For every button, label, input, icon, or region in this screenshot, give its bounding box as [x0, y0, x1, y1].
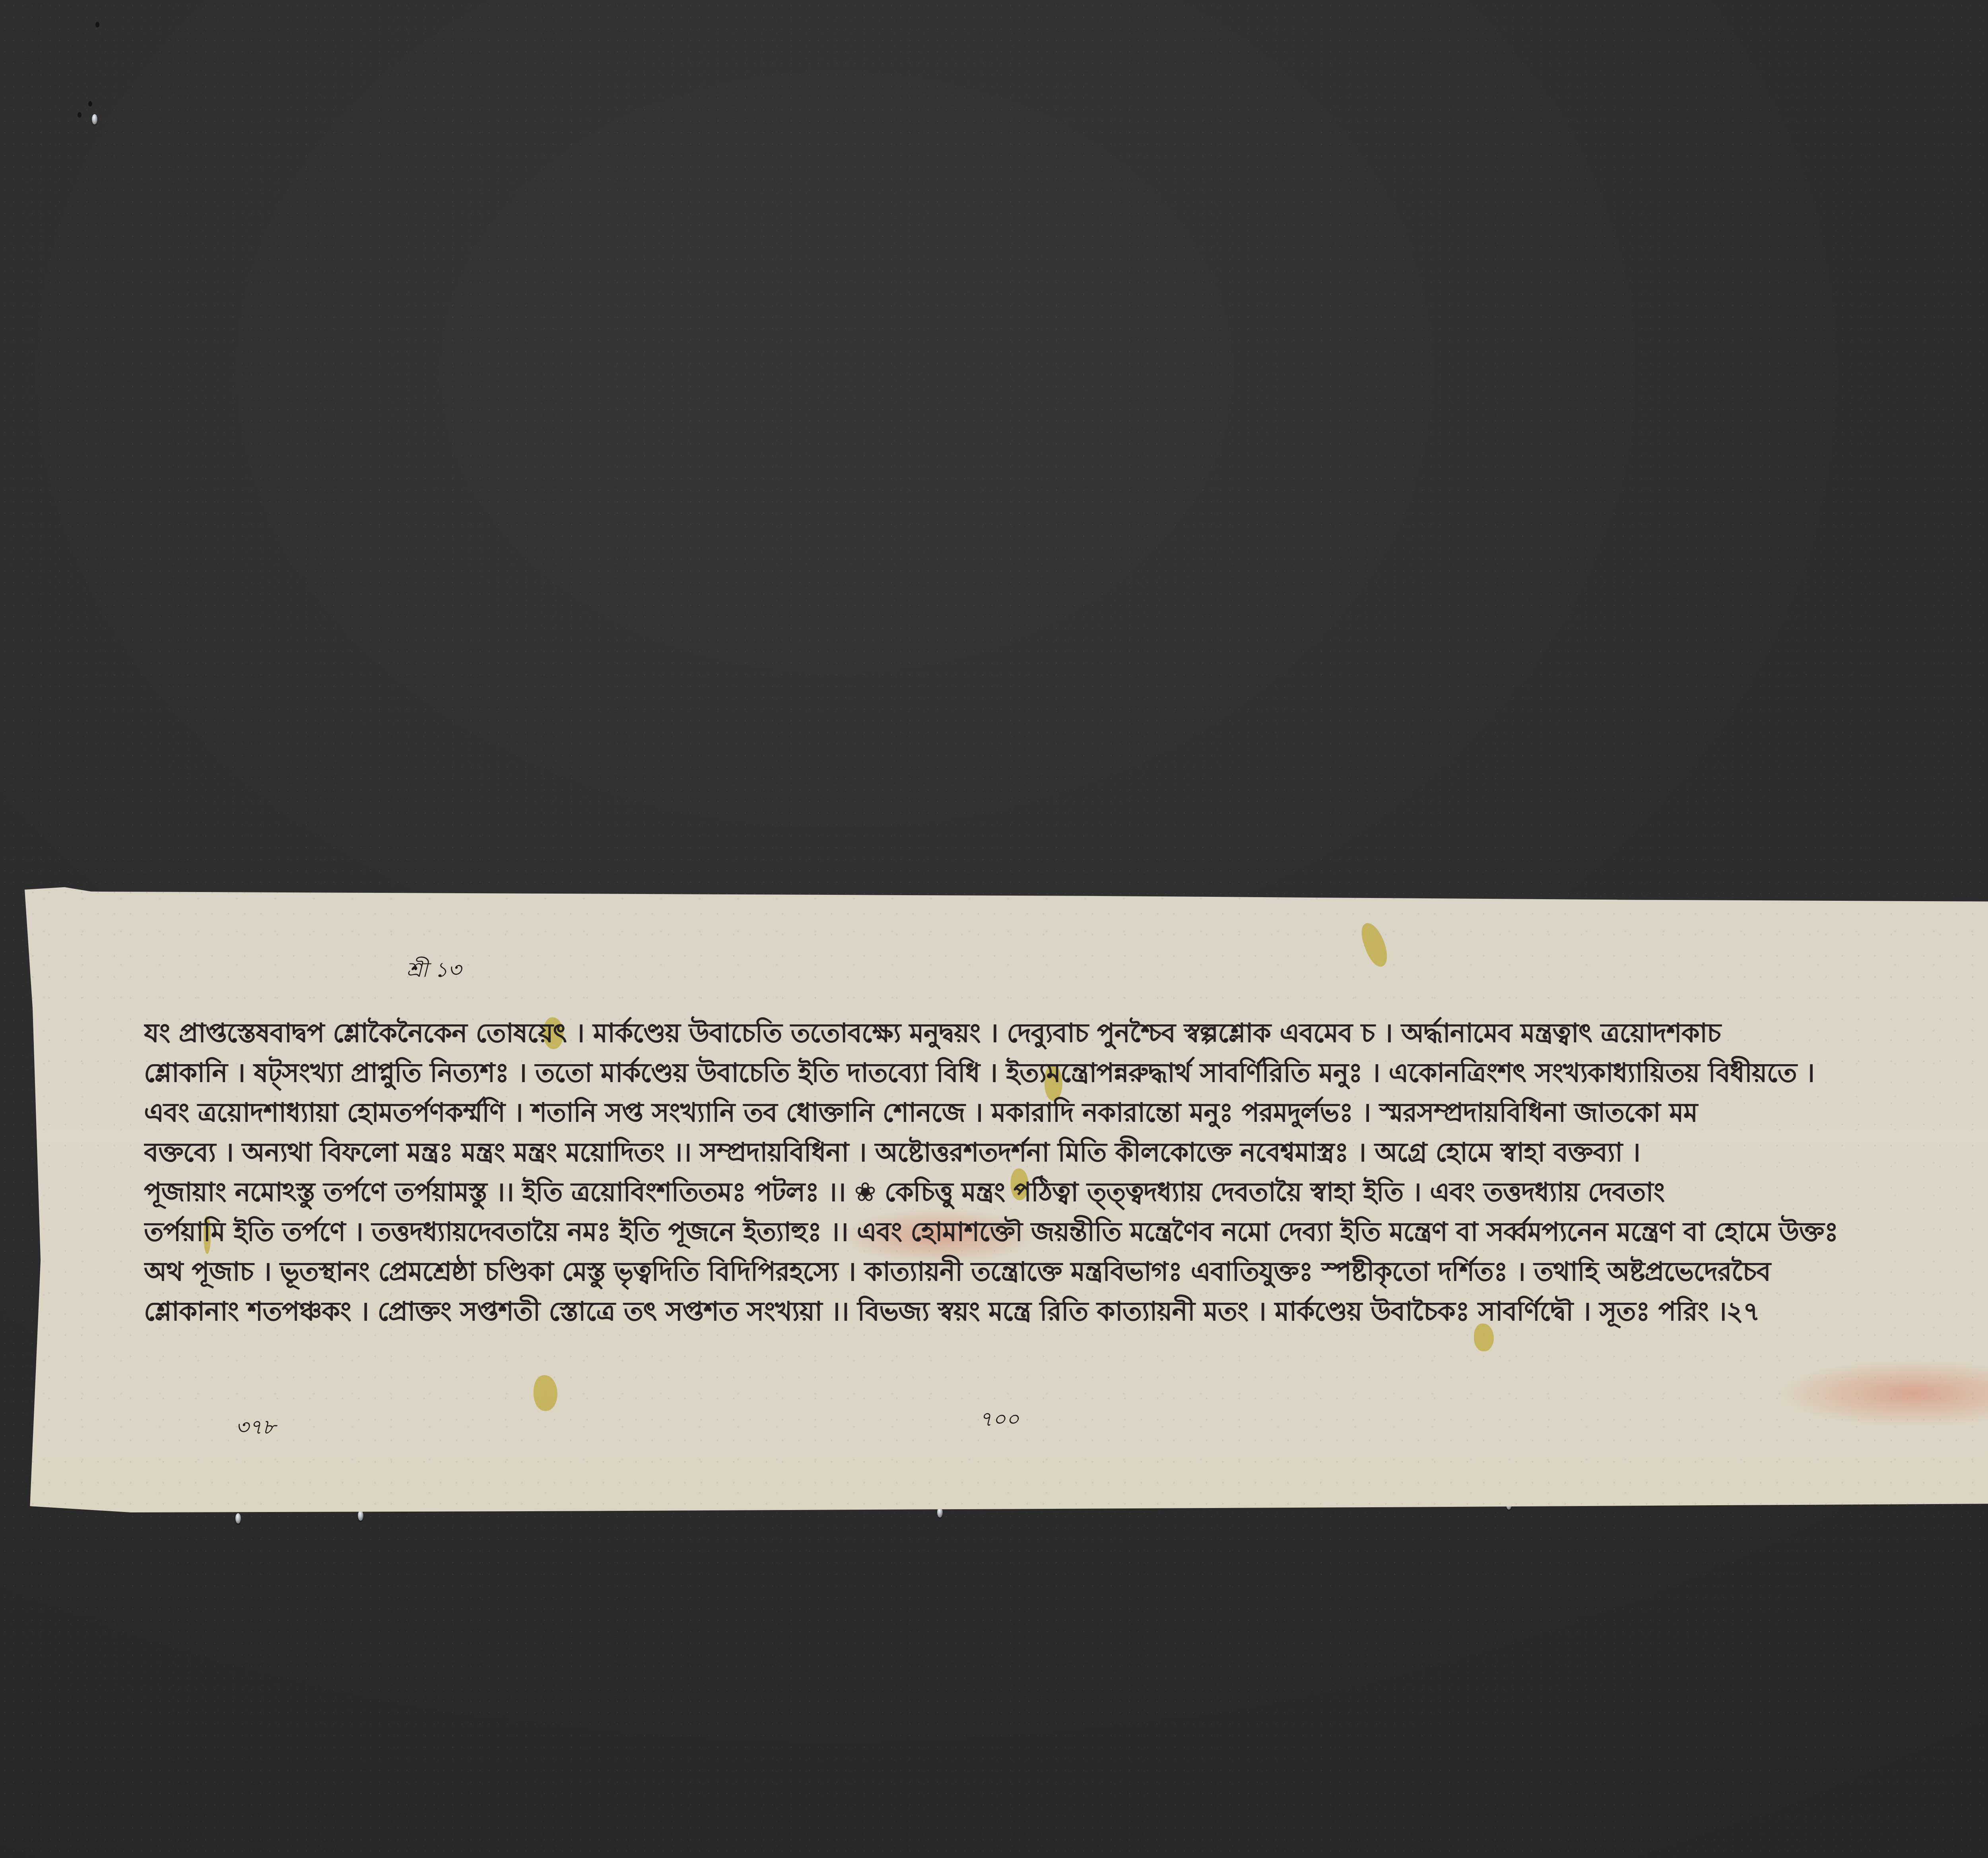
- bottom-left-number: ৩৭৮: [235, 1411, 276, 1446]
- text-line: যং প্রাপ্তস্তেষবাদ্বপ শ্লোকৈনৈকেন তোষয়ে…: [144, 1013, 1988, 1053]
- red-stain: [1774, 1359, 1988, 1427]
- text-line: তর্পয়ামি ইতি তর্পণে । তত্তদধ্যায়দেবতায…: [144, 1212, 1988, 1252]
- text-line: অথ পূজাচ । ভূতস্থানং প্রেমশ্রেষ্ঠা চণ্ডি…: [144, 1252, 1988, 1292]
- text-line: এবং ত্রয়োদশাধ্যায়া হোমতর্পণকর্ম্মণি । …: [144, 1093, 1988, 1133]
- text-line: পূজায়াং নমোঽস্তু তর্পণে তর্পয়ামস্তু ।।…: [144, 1172, 1988, 1212]
- yellow-stain: [534, 1375, 557, 1411]
- text-line: শ্লোকানাং শতপঞ্চকং । প্রোক্তং সপ্তশতী স্…: [144, 1292, 1988, 1331]
- pin-hole: [78, 112, 82, 118]
- photo-stage: শ্রী ১৩ ৩৮৪ যং প্রাপ্তস্তেষবাদ্বপ শ্লোকৈ…: [0, 0, 1988, 1858]
- pin-hole: [95, 22, 99, 27]
- manuscript-folio: শ্রী ১৩ ৩৮৪ যং প্রাপ্তস্তেষবাদ্বপ শ্লোকৈ…: [25, 882, 1988, 1512]
- yellow-stain: [1357, 920, 1392, 970]
- text-line: বক্তব্যে । অন্যথা বিফলো মন্ত্রঃ মন্ত্রং …: [144, 1133, 1988, 1172]
- pin-icon: [92, 114, 97, 124]
- pin-icon: [235, 1513, 241, 1524]
- top-left-mark: শ্রী ১৩: [406, 954, 461, 988]
- pin-icon: [358, 1510, 363, 1521]
- pin-hole: [88, 101, 92, 107]
- text-block: যং প্রাপ্তস্তেষবাদ্বপ শ্লোকৈনৈকেন তোষয়ে…: [144, 1013, 1988, 1331]
- text-line: শ্লোকানি । ষট্‌সংখ্যা প্রাপ্নুতি নিত্যশঃ…: [144, 1053, 1988, 1093]
- bottom-center-number: ৭০০: [979, 1403, 1019, 1438]
